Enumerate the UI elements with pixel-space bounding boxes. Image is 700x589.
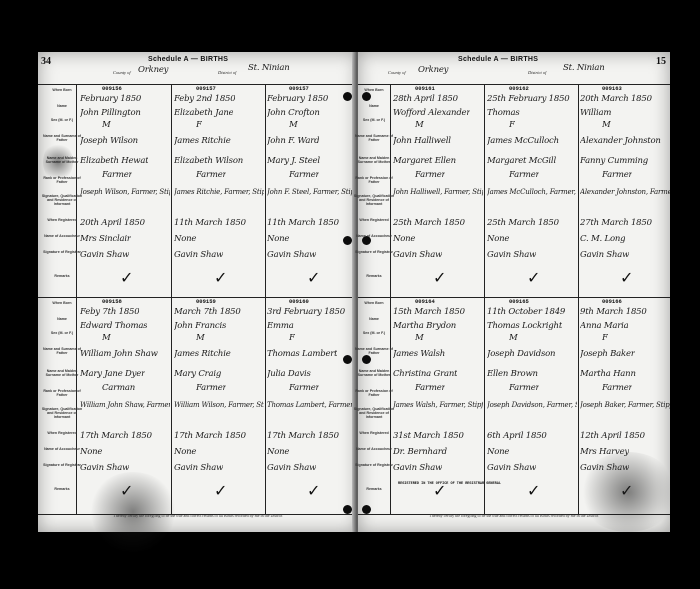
row-label: Rank or Profession of Father: [352, 389, 396, 397]
entry-father: Joseph Baker: [580, 349, 635, 359]
entry-name: Wofford Alexander: [393, 108, 470, 118]
check-mark-icon: ✓: [527, 268, 540, 287]
entry-rank: Farmer: [509, 383, 539, 393]
binding-hole: [362, 505, 371, 514]
row-label: When Registered: [40, 218, 84, 222]
row-label: Sex (M. or F.): [40, 331, 84, 335]
check-mark-icon: ✓: [527, 481, 540, 500]
entry-registered: 11th March 1850: [174, 218, 246, 228]
entry-rank: Farmer: [196, 170, 226, 180]
entry-when-born: 28th April 1850: [393, 94, 458, 104]
row-label: When Born: [40, 301, 84, 305]
entry-registrar: Gavin Shaw: [80, 463, 129, 473]
entry-when-born: Feby 2nd 1850: [174, 94, 235, 104]
entry-registered: 17th March 1850: [80, 431, 152, 441]
entry-rank: Farmer: [509, 170, 539, 180]
entry-registered: 25th March 1850: [393, 218, 465, 228]
entry-father: James Ritchie: [174, 349, 231, 359]
entry-rank: Farmer: [289, 383, 319, 393]
row-label: When Registered: [40, 431, 84, 435]
entry-sex: M: [102, 120, 111, 130]
entry-number: 009160: [289, 298, 309, 305]
entry-registered: 27th March 1850: [580, 218, 652, 228]
entry-father: James Ritchie: [174, 136, 231, 146]
entry-accoucheur: None: [487, 234, 509, 244]
entry-sex: F: [196, 120, 202, 130]
page-number: 15: [656, 56, 666, 67]
entry-name: Edward Thomas: [80, 321, 147, 331]
row-label: Name: [352, 104, 396, 108]
register-grid: When BornNameSex (M. or F.)Name and Surn…: [38, 84, 358, 514]
row-label: When Registered: [352, 431, 396, 435]
district-label: District of: [218, 70, 236, 75]
page-number: 34: [41, 56, 51, 67]
entry-name: John Francis: [174, 321, 226, 331]
row-label: Signature of Registrar: [352, 463, 396, 467]
entry-number: 009166: [602, 298, 622, 305]
entry-number: 009156: [102, 85, 122, 92]
county-label: County of: [113, 70, 131, 75]
entry-father: Joseph Wilson: [80, 136, 138, 146]
entry-sex: M: [602, 120, 611, 130]
entry-name: Thomas Lockright: [487, 321, 562, 331]
entry-father: Thomas Lambert: [267, 349, 337, 359]
entry-accoucheur: Dr. Bernhard: [393, 447, 447, 457]
row-label: When Born: [40, 88, 84, 92]
entry-informant: William John Shaw, Farmer, Stipfeld: [80, 401, 170, 409]
row-label: Signature of Registrar: [40, 463, 84, 467]
entry-rank: Farmer: [289, 170, 319, 180]
entry-father: James Walsh: [393, 349, 445, 359]
entry-mother: Mary Jane Dyer: [80, 369, 145, 379]
row-label: Signature of Registrar: [40, 250, 84, 254]
row-label: Name and Surname of Father: [40, 347, 84, 355]
entry-registrar: Gavin Shaw: [580, 250, 629, 260]
entry-mother: Christina Grant: [393, 369, 457, 379]
binding-hole: [362, 92, 371, 101]
entry-accoucheur: None: [80, 447, 102, 457]
entry-accoucheur: Mrs Sinclair: [80, 234, 131, 244]
entry-when-born: Feby 7th 1850: [80, 307, 139, 317]
row-label: Signature, Qualification and Residence o…: [40, 407, 84, 419]
entry-when-born: 25th February 1850: [487, 94, 570, 104]
row-label: Sex (M. or F.): [352, 331, 396, 335]
entry-informant: John F. Steel, Farmer, Stipfeld: [267, 188, 357, 196]
entry-sex: M: [415, 120, 424, 130]
entry-number: 009163: [602, 85, 622, 92]
entry-mother: Ellen Brown: [487, 369, 538, 379]
entry-rank: Farmer: [415, 170, 445, 180]
entry-when-born: 3rd February 1850: [267, 307, 345, 317]
entry-number: 009164: [415, 298, 435, 305]
entry-registered: 6th April 1850: [487, 431, 547, 441]
entry-when-born: February 1850: [80, 94, 141, 104]
row-label: Rank or Profession of Father: [40, 389, 84, 397]
entry-number: 009158: [102, 298, 122, 305]
entry-registrar: Gavin Shaw: [393, 250, 442, 260]
entry-name: Anna Maria: [580, 321, 628, 331]
row-label: Name of Accoucheur: [40, 447, 84, 451]
entry-informant: John Halliwell, Farmer, Stipfeld: [393, 188, 483, 196]
entry-mother: Julia Davis: [267, 369, 311, 379]
row-label: When Born: [352, 301, 396, 305]
check-mark-icon: ✓: [307, 268, 320, 287]
entry-name: Elizabeth Jane: [174, 108, 233, 118]
entry-father: Alexander Johnston: [580, 136, 661, 146]
entry-accoucheur: None: [393, 234, 415, 244]
entry-informant: Joseph Baker, Farmer, Stipfeld: [580, 401, 670, 409]
row-label: Name of Accoucheur: [352, 234, 396, 238]
district-value: St. Ninian: [248, 63, 290, 73]
entry-number: 009157: [289, 85, 309, 92]
district-value: St. Ninian: [563, 63, 605, 73]
entry-sex: F: [289, 333, 295, 343]
binding-hole: [362, 355, 371, 364]
entry-rank: Farmer: [196, 383, 226, 393]
entry-number: 009157: [196, 85, 216, 92]
row-label: Name and Surname of Father: [352, 347, 396, 355]
binding-hole: [362, 236, 371, 245]
entry-registrar: Gavin Shaw: [393, 463, 442, 473]
entry-sex: M: [196, 333, 205, 343]
entry-accoucheur: None: [174, 447, 196, 457]
row-label: Signature, Qualification and Residence o…: [40, 194, 84, 206]
entry-name: Thomas: [487, 108, 520, 118]
entry-mother: Mary J. Steel: [267, 156, 320, 166]
entry-registrar: Gavin Shaw: [487, 463, 536, 473]
entry-number: 009159: [196, 298, 216, 305]
entry-informant: Joseph Wilson, Farmer, Stipfeld: [80, 188, 170, 196]
entry-registered: 11th March 1850: [267, 218, 339, 228]
row-label: Name: [40, 104, 84, 108]
row-label: Name of Accoucheur: [40, 234, 84, 238]
entry-mother: Elizabeth Wilson: [174, 156, 243, 166]
register-grid: When BornNameSex (M. or F.)Name and Surn…: [358, 84, 670, 514]
entry-number: 009162: [509, 85, 529, 92]
entry-name: Martha Brydon: [393, 321, 456, 331]
row-label: Name and Maiden Surname of Mother: [352, 156, 396, 164]
entry-registered: 31st March 1850: [393, 431, 464, 441]
row-label: Remarks: [40, 487, 84, 491]
entry-mother: Martha Hann: [580, 369, 636, 379]
row-label: Name and Surname of Father: [40, 134, 84, 142]
check-mark-icon: ✓: [307, 481, 320, 500]
entry-registrar: Gavin Shaw: [267, 250, 316, 260]
right-register-page: 15 Schedule A — BIRTHS County of Orkney …: [358, 52, 670, 532]
entry-name: William: [580, 108, 611, 118]
entry-rank: Farmer: [602, 383, 632, 393]
row-label: Remarks: [352, 487, 396, 491]
entry-rank: Farmer: [415, 383, 445, 393]
entry-registered: 12th April 1850: [580, 431, 645, 441]
entry-sex: M: [415, 333, 424, 343]
row-label: Name and Maiden Surname of Mother: [352, 369, 396, 377]
entry-accoucheur: C. M. Long: [580, 234, 625, 244]
entry-informant: Alexander Johnston, Farmer, Stipfeld: [580, 188, 670, 196]
entry-when-born: February 1850: [267, 94, 328, 104]
binding-hole: [343, 236, 352, 245]
entry-mother: Margaret McGill: [487, 156, 556, 166]
county-label: County of: [388, 70, 406, 75]
entry-when-born: 9th March 1850: [580, 307, 647, 317]
entry-sex: F: [602, 333, 608, 343]
entry-informant: Thomas Lambert, Farmer, Stipfeld: [267, 401, 357, 409]
row-label: Name and Surname of Father: [352, 134, 396, 142]
check-mark-icon: ✓: [214, 481, 227, 500]
entry-accoucheur: None: [487, 447, 509, 457]
entry-sex: M: [509, 333, 518, 343]
county-value: Orkney: [138, 65, 168, 75]
entry-registrar: Gavin Shaw: [80, 250, 129, 260]
row-label: Name: [40, 317, 84, 321]
entry-when-born: 20th March 1850: [580, 94, 652, 104]
entry-father: James McCulloch: [487, 136, 559, 146]
entry-accoucheur: None: [267, 447, 289, 457]
binding-hole: [343, 92, 352, 101]
entry-registrar: Gavin Shaw: [267, 463, 316, 473]
entry-informant: James McCulloch, Farmer, Stipfeld: [487, 188, 577, 196]
entry-registrar: Gavin Shaw: [487, 250, 536, 260]
check-mark-icon: ✓: [214, 268, 227, 287]
check-mark-icon: ✓: [620, 268, 633, 287]
entry-sex: M: [102, 333, 111, 343]
row-label: Name and Maiden Surname of Mother: [40, 369, 84, 377]
row-label: Signature of Registrar: [352, 250, 396, 254]
row-label: Signature, Qualification and Residence o…: [352, 194, 396, 206]
row-label: Remarks: [352, 274, 396, 278]
entry-father: John Halliwell: [393, 136, 451, 146]
row-label: When Registered: [352, 218, 396, 222]
entry-registrar: Gavin Shaw: [174, 250, 223, 260]
entry-informant: James Walsh, Farmer, Stipfeld: [393, 401, 483, 409]
entry-number: 009165: [509, 298, 529, 305]
left-register-page: 34 Schedule A — BIRTHS County of Orkney …: [38, 52, 358, 532]
entry-when-born: 11th October 1849: [487, 307, 565, 317]
entry-informant: Joseph Davidson, Farmer, Stipfeld: [487, 401, 577, 409]
entry-accoucheur: None: [174, 234, 196, 244]
row-label: Signature, Qualification and Residence o…: [352, 407, 396, 419]
entry-number: 009161: [415, 85, 435, 92]
entry-sex: F: [509, 120, 515, 130]
entry-informant: James Ritchie, Farmer, Stipfeld: [174, 188, 264, 196]
schedule-title: Schedule A — BIRTHS: [458, 56, 538, 63]
row-label: When Born: [352, 88, 396, 92]
entry-mother: Margaret Ellen: [393, 156, 456, 166]
entry-rank: Farmer: [102, 170, 132, 180]
entry-informant: William Wilson, Farmer, Stipfeld: [174, 401, 264, 409]
check-mark-icon: ✓: [120, 268, 133, 287]
county-value: Orkney: [418, 65, 448, 75]
binding-hole: [343, 505, 352, 514]
row-label: Name: [352, 317, 396, 321]
row-label: Sex (M. or F.): [352, 118, 396, 122]
entry-when-born: March 7th 1850: [174, 307, 241, 317]
entry-father: William John Shaw: [80, 349, 158, 359]
entry-rank: Farmer: [602, 170, 632, 180]
entry-registered: 17th March 1850: [267, 431, 339, 441]
entry-father: John F. Ward: [267, 136, 319, 146]
entry-registrar: Gavin Shaw: [174, 463, 223, 473]
entry-registered: 17th March 1850: [174, 431, 246, 441]
entry-mother: Fanny Cumming: [580, 156, 648, 166]
registry-stamp: REGISTERED IN THE OFFICE OF THE REGISTRA…: [398, 482, 501, 486]
entry-mother: Mary Craig: [174, 369, 221, 379]
row-label: Name of Accoucheur: [352, 447, 396, 451]
row-label: Remarks: [40, 274, 84, 278]
entry-name: John Pillington: [80, 108, 141, 118]
entry-name: John Crofton: [267, 108, 320, 118]
row-label: Rank or Profession of Father: [352, 176, 396, 184]
entry-name: Emma: [267, 321, 294, 331]
district-label: District of: [528, 70, 546, 75]
entry-mother: Elizabeth Hewat: [80, 156, 148, 166]
entry-rank: Carman: [102, 383, 135, 393]
entry-registered: 25th March 1850: [487, 218, 559, 228]
check-mark-icon: ✓: [433, 268, 446, 287]
entry-father: Joseph Davidson: [487, 349, 555, 359]
schedule-title: Schedule A — BIRTHS: [148, 56, 228, 63]
binding-hole: [343, 355, 352, 364]
entry-sex: M: [289, 120, 298, 130]
entry-when-born: 15th March 1850: [393, 307, 465, 317]
entry-accoucheur: None: [267, 234, 289, 244]
row-label: Sex (M. or F.): [40, 118, 84, 122]
entry-registered: 20th April 1850: [80, 218, 145, 228]
